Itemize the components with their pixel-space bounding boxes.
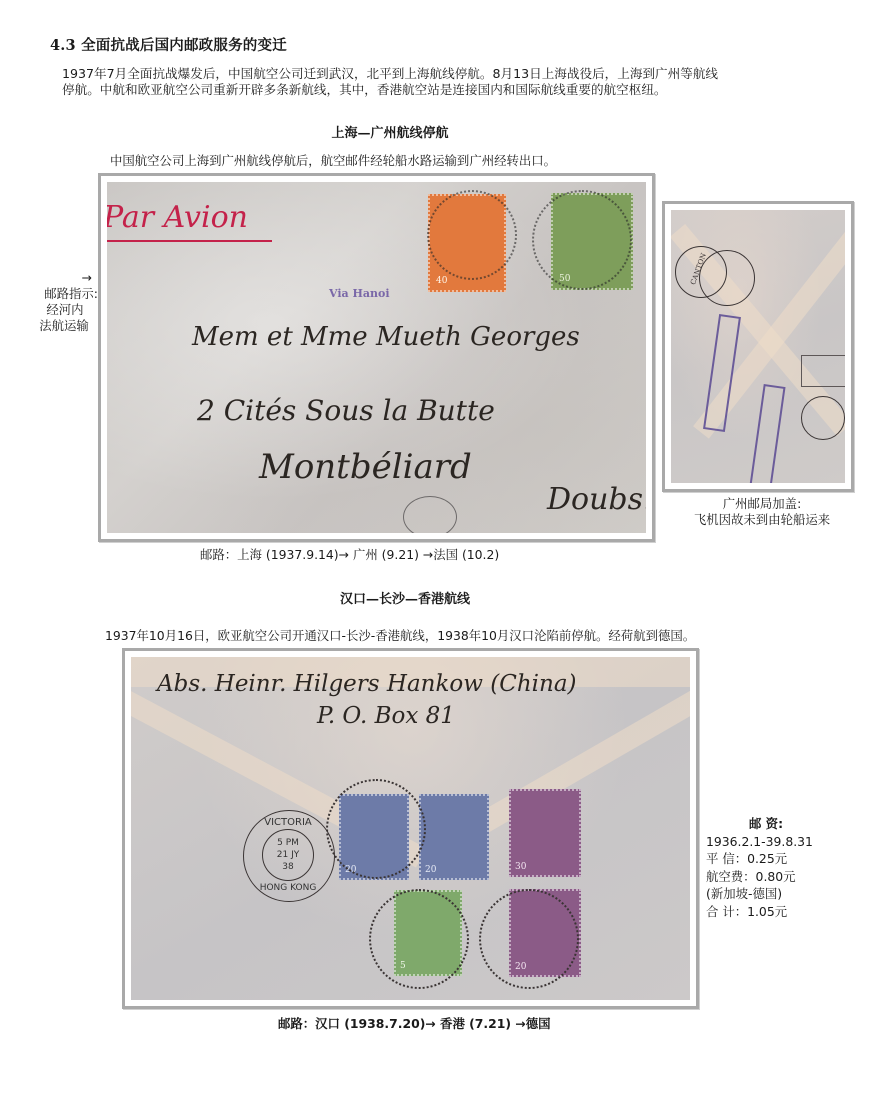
stamp-purple: 30 [509,789,581,877]
postmark-hankou [479,889,579,989]
arrow-right-icon: → [22,270,98,286]
cover-front-image: Par Avion 40 50 Via Hanoi Mem et Mme Mue… [98,173,655,542]
address-line: Doubs. [547,482,646,517]
route-subtitle-hankou: 1937年10月16日，欧亚航空公司开通汉口-长沙-香港航线，1938年10月汉… [105,626,695,644]
postmark-shanghai [801,396,845,440]
stamp-blue: 20 [419,794,489,880]
routing-note-line: 邮路指示: [22,286,98,302]
airmail-underline [107,240,272,242]
back-cover-caption: 广州邮局加盖: 飞机因故未到由轮船运来 [672,496,852,528]
postmark-shanghai [427,190,517,280]
routing-note-line: 经河内 [22,302,98,318]
address-line: Mem et Mme Mueth Georges [192,322,580,352]
postage-line: (新加坡-德国) [706,885,826,903]
par-avion-label: Par Avion [107,200,248,235]
postmark-shanghai [532,190,632,290]
sender-line: Abs. Heinr. Hilgers Hankow (China) [157,671,577,697]
section-title: 4.3 全面抗战后国内邮政服务的变迁 [50,34,287,55]
postage-line: 1936.2.1-39.8.31 [706,833,826,851]
cover-back-image: CANTON [662,201,854,492]
postage-line: 平 信：0.25元 [706,850,826,868]
postage-heading: 邮 资: [706,815,826,833]
route-subtitle-shanghai-guangzhou: 中国航空公司上海到广州航线停航后，航空邮件经轮船水路运输到广州经转出口。 [110,151,556,169]
intro-line: 停航。中航和欧亚航空公司重新开辟多条新航线，其中，香港航空站是连接国内和国际航线… [62,82,842,98]
cover-hankou-image: Abs. Heinr. Hilgers Hankow (China) P. O.… [122,648,699,1009]
sender-line: P. O. Box 81 [317,703,455,729]
envelope-front: Par Avion 40 50 Via Hanoi Mem et Mme Mue… [107,182,646,533]
route-shanghai-guangzhou-france: 邮路：上海 (1937.9.14)→ 广州 (9.21) →法国 (10.2) [200,545,499,563]
intro-line: 1937年7月全面抗战爆发后，中国航空公司迁到武汉，北平到上海航线停航。8月13… [62,66,842,82]
via-hanoi-stamp: Via Hanoi [329,287,390,300]
postage-line: 合 计：1.05元 [706,903,826,921]
postage-line: 航空费：0.80元 [706,868,826,886]
address-line: Montbéliard [259,447,472,487]
caption-line: 广州邮局加盖: [672,496,852,512]
pencil-circle [403,496,457,533]
address-line: 2 Cités Sous la Butte [197,394,495,427]
route-title-shanghai-guangzhou: 上海—广州航线停航 [240,122,540,141]
postmark-hankou [369,889,469,989]
postage-rate-note: 邮 资: 1936.2.1-39.8.31 平 信：0.25元 航空费：0.80… [706,815,826,920]
postmark-victoria-hong-kong: VICTORIA 5 PM 21 JY 38 HONG KONG [243,810,335,902]
route-hankou-hongkong-germany: 邮路：汉口 (1938.7.20)→ 香港 (7.21) →德国 [278,1014,551,1032]
caption-line: 飞机因故未到由轮船运来 [672,512,852,528]
postmark-hankou [326,779,426,879]
routing-note: → 邮路指示: 经河内 法航运输 [22,270,98,334]
pencil-box [801,355,845,387]
routing-note-line: 法航运输 [22,318,98,334]
envelope-back-hankou: Abs. Heinr. Hilgers Hankow (China) P. O.… [131,657,690,1000]
envelope-back: CANTON [671,210,845,483]
route-title-hankou-changsha-hongkong: 汉口—长沙—香港航线 [255,588,555,607]
boxed-cachet-ship-notice [748,384,785,483]
postmark-receiving [699,250,755,306]
intro-paragraph: 1937年7月全面抗战爆发后，中国航空公司迁到武汉，北平到上海航线停航。8月13… [62,66,842,98]
